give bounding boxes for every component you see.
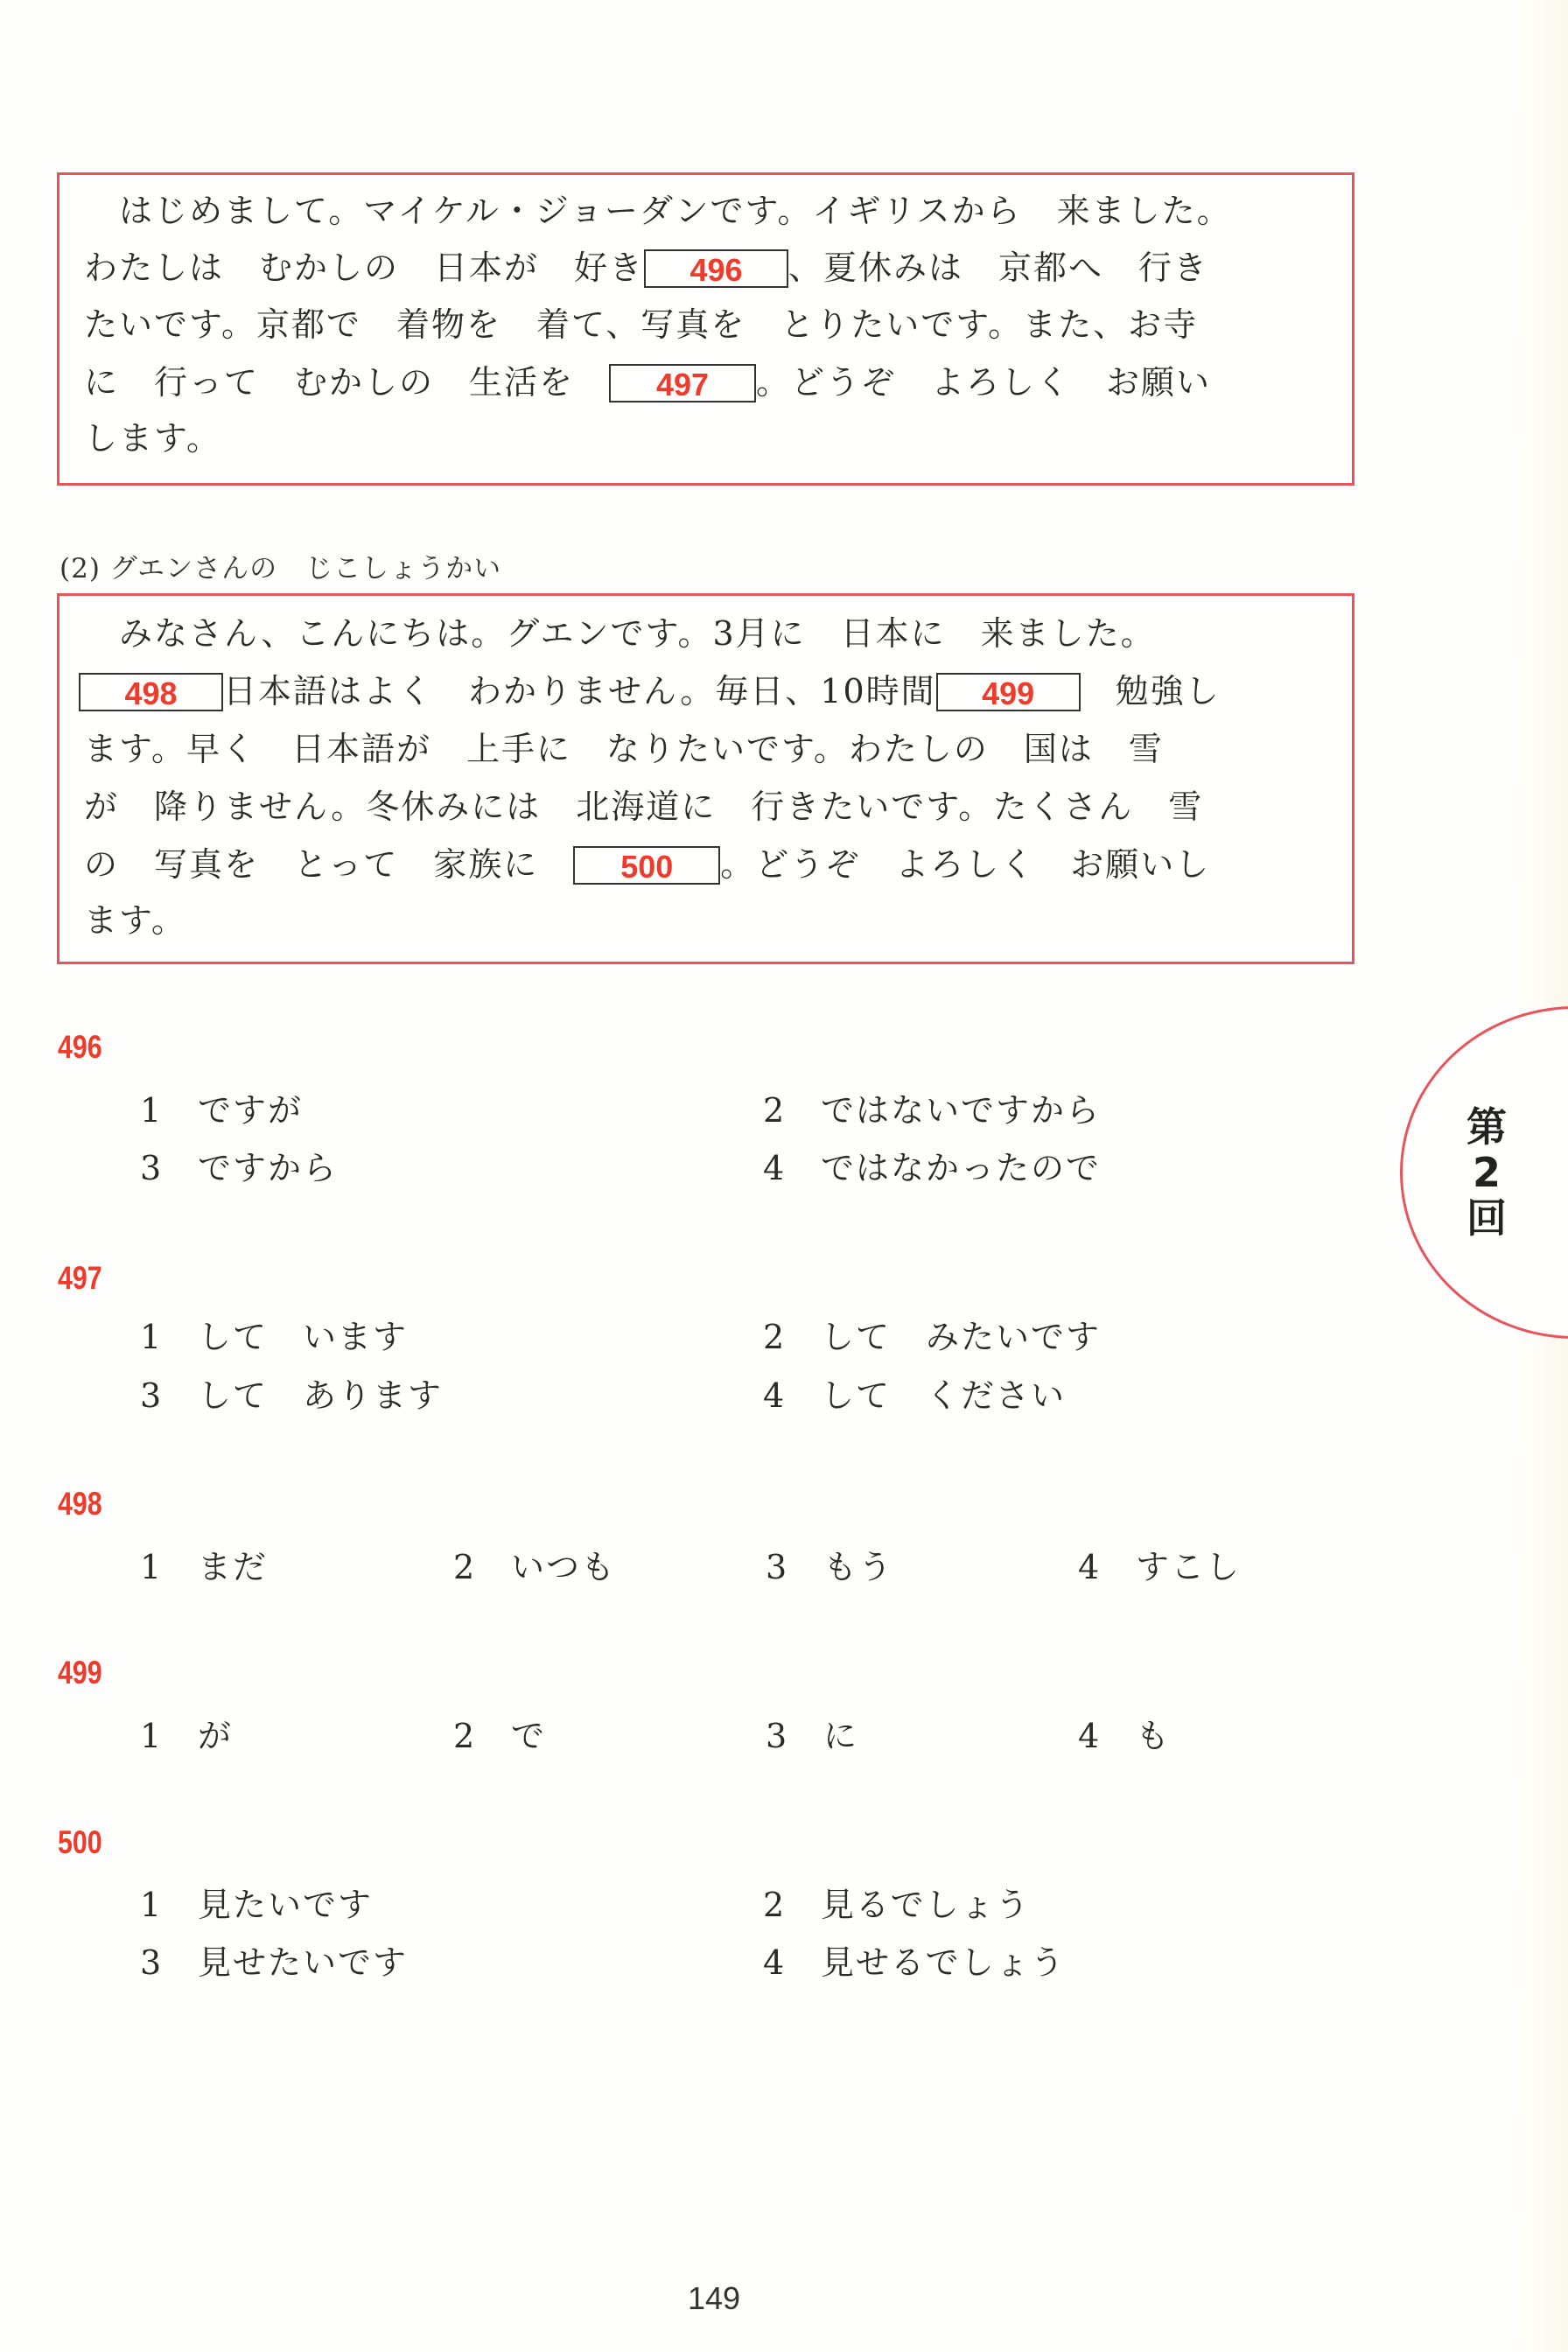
option-499-3[interactable]: 3に xyxy=(766,1709,858,1757)
chapter-label-number: 2 xyxy=(1463,1150,1510,1195)
line-text: 日本語はよく わかりません。毎日、10時間 xyxy=(223,672,936,710)
option-text: ではないですから xyxy=(821,1091,1101,1130)
option-num: 2 xyxy=(453,1548,511,1586)
passage1-line-1: はじめまして。マイケル・ジョーダンです。イギリスから 来ました。 xyxy=(84,189,1331,233)
line-text: します。 xyxy=(84,419,221,458)
option-498-2[interactable]: 2いつも xyxy=(453,1540,616,1588)
chapter-label-kai: 回 xyxy=(1463,1195,1510,1241)
option-num: 4 xyxy=(763,1376,821,1415)
passage-box-1: はじめまして。マイケル・ジョーダンです。イギリスから 来ました。 わたしは むか… xyxy=(57,172,1354,486)
passage2-line-2: 498日本語はよく わかりません。毎日、10時間499 勉強し xyxy=(79,669,1331,713)
option-text: 見るでしょう xyxy=(821,1886,1031,1924)
chapter-label: 第 2 回 xyxy=(1463,1104,1510,1241)
option-text: ですが xyxy=(198,1091,303,1130)
line-text: 。どうぞ よろしく お願いし xyxy=(720,845,1210,884)
option-text: いつも xyxy=(511,1548,616,1586)
option-496-4[interactable]: 4ではなかったので xyxy=(763,1141,1101,1189)
option-text: して います xyxy=(198,1318,408,1356)
line-text: はじめまして。マイケル・ジョーダンです。イギリスから 来ました。 xyxy=(84,192,1232,230)
option-num: 4 xyxy=(1078,1548,1136,1586)
passage2-line-6: ます。 xyxy=(84,899,1331,942)
line-text: 、夏休みは 京都へ 行き xyxy=(788,248,1208,287)
passage1-line-4: に 行って むかしの 生活を 497。どうぞ よろしく お願い xyxy=(84,360,1331,404)
line-text: が 降りません。冬休みには 北海道に 行きたいです。たくさん 雪 xyxy=(84,787,1203,826)
option-text: して みたいです xyxy=(821,1318,1101,1356)
question-number-498: 498 xyxy=(58,1486,102,1522)
option-499-1[interactable]: 1が xyxy=(140,1709,233,1757)
option-num: 4 xyxy=(763,1149,821,1187)
option-498-4[interactable]: 4すこし xyxy=(1078,1540,1241,1588)
option-500-4[interactable]: 4見せるでしょう xyxy=(763,1935,1066,1984)
passage2-line-1: みなさん、こんにちは。グエンです。3月に 日本に 来ました。 xyxy=(84,612,1331,655)
option-num: 1 xyxy=(140,1717,198,1755)
option-text: もう xyxy=(823,1548,893,1586)
line-text: たいです。京都で 着物を 着て、写真を とりたいです。また、お寺 xyxy=(84,305,1198,344)
blank-496[interactable]: 496 xyxy=(644,249,788,288)
option-num: 1 xyxy=(140,1091,198,1130)
option-text: ではなかったので xyxy=(821,1149,1101,1187)
passage2-line-4: が 降りません。冬休みには 北海道に 行きたいです。たくさん 雪 xyxy=(84,785,1331,829)
option-497-3[interactable]: 3して あります xyxy=(140,1368,443,1417)
option-num: 1 xyxy=(140,1548,198,1586)
question-number-496: 496 xyxy=(58,1029,102,1066)
option-496-3[interactable]: 3ですから xyxy=(140,1141,338,1189)
option-text: 見たいです xyxy=(198,1886,373,1924)
line-text: 勉強し xyxy=(1081,672,1221,710)
option-text: して あります xyxy=(198,1376,443,1415)
question-number-499: 499 xyxy=(58,1655,102,1691)
option-text: に xyxy=(823,1717,858,1755)
passage2-line-3: ます。早く 日本語が 上手に なりたいです。わたしの 国は 雪 xyxy=(84,727,1331,771)
option-496-2[interactable]: 2ではないですから xyxy=(763,1083,1101,1131)
option-num: 4 xyxy=(1078,1717,1136,1755)
passage1-line-5: します。 xyxy=(84,416,1331,460)
option-text: で xyxy=(511,1717,546,1755)
option-num: 3 xyxy=(140,1376,198,1415)
option-498-3[interactable]: 3もう xyxy=(766,1540,893,1588)
option-499-2[interactable]: 2で xyxy=(453,1709,546,1757)
section-heading: (2) グエンさんの じこしょうかい xyxy=(59,546,501,585)
option-498-1[interactable]: 1まだ xyxy=(140,1540,268,1588)
option-num: 2 xyxy=(763,1886,821,1924)
passage1-line-3: たいです。京都で 着物を 着て、写真を とりたいです。また、お寺 xyxy=(84,303,1331,346)
line-text: 。どうぞ よろしく お願い xyxy=(756,363,1211,402)
option-num: 3 xyxy=(766,1717,823,1755)
chapter-label-dai: 第 xyxy=(1463,1104,1510,1150)
option-text: 見せたいです xyxy=(198,1943,408,1982)
option-num: 3 xyxy=(766,1548,823,1586)
passage-box-2: みなさん、こんにちは。グエンです。3月に 日本に 来ました。 498日本語はよく… xyxy=(57,593,1354,964)
line-text: ます。早く 日本語が 上手に なりたいです。わたしの 国は 雪 xyxy=(84,730,1164,768)
option-497-4[interactable]: 4して ください xyxy=(763,1368,1066,1417)
option-text: が xyxy=(198,1717,233,1755)
option-num: 4 xyxy=(763,1943,821,1982)
option-text: まだ xyxy=(198,1548,268,1586)
passage2-line-5: の 写真を とって 家族に 500。どうぞ よろしく お願いし xyxy=(84,843,1331,886)
option-text: して ください xyxy=(821,1376,1066,1415)
option-text: 見せるでしょう xyxy=(821,1943,1066,1982)
option-497-2[interactable]: 2して みたいです xyxy=(763,1310,1101,1358)
line-text: ます。 xyxy=(84,901,186,940)
option-num: 1 xyxy=(140,1886,198,1924)
option-500-2[interactable]: 2見るでしょう xyxy=(763,1878,1031,1926)
blank-499[interactable]: 499 xyxy=(936,673,1081,711)
option-num: 1 xyxy=(140,1318,198,1356)
blank-497[interactable]: 497 xyxy=(609,364,756,402)
option-500-3[interactable]: 3見せたいです xyxy=(140,1935,408,1984)
option-text: ですから xyxy=(198,1149,338,1187)
option-num: 2 xyxy=(763,1318,821,1356)
blank-498[interactable]: 498 xyxy=(79,673,223,711)
page-number: 149 xyxy=(688,2280,740,2317)
question-number-497: 497 xyxy=(58,1260,102,1297)
question-number-500: 500 xyxy=(58,1824,102,1861)
option-text: も xyxy=(1136,1717,1171,1755)
line-text: に 行って むかしの 生活を xyxy=(84,363,609,402)
option-num: 3 xyxy=(140,1149,198,1187)
option-num: 2 xyxy=(763,1091,821,1130)
passage1-line-2: わたしは むかしの 日本が 好き496、夏休みは 京都へ 行き xyxy=(84,246,1331,290)
option-499-4[interactable]: 4も xyxy=(1078,1709,1171,1757)
line-text: の 写真を とって 家族に xyxy=(84,845,573,884)
option-num: 2 xyxy=(453,1717,511,1755)
option-500-1[interactable]: 1見たいです xyxy=(140,1878,373,1926)
option-497-1[interactable]: 1して います xyxy=(140,1310,408,1358)
option-num: 3 xyxy=(140,1943,198,1982)
option-text: すこし xyxy=(1136,1548,1241,1586)
blank-500[interactable]: 500 xyxy=(573,846,720,885)
line-text: みなさん、こんにちは。グエンです。3月に 日本に 来ました。 xyxy=(84,614,1156,653)
line-text: わたしは むかしの 日本が 好き xyxy=(84,248,644,287)
option-496-1[interactable]: 1ですが xyxy=(140,1083,303,1131)
